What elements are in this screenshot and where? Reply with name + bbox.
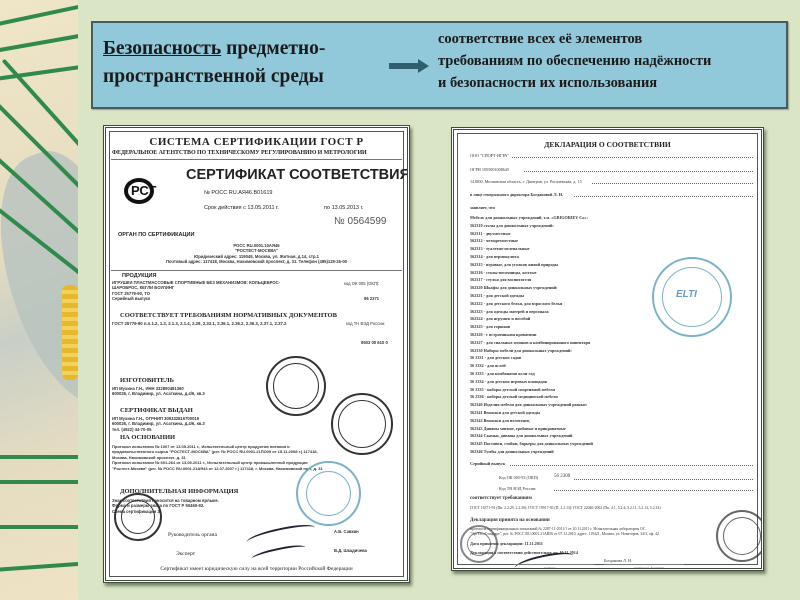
stamp-icon [331,393,393,455]
decl-item: 562317 - стулья для воспитателя [470,276,593,284]
cert-compliance-line: ГОСТ 25779-90 п.п.1.2, 1.3, 2.1.3, 2.1.4… [112,321,286,326]
decl-serial: Серийный выпуск [470,461,505,466]
decl-sign-caption: подпись [544,566,556,571]
decl-ogrn: ОГРН 1055001008645 [470,167,509,172]
decl-signer: Богданова Л. Н. [604,558,632,563]
cert-body-info: РОСС RU.0001.10АЯ46 "РОСТЕСТ-МОСКВА" Юри… [106,243,407,265]
cert-title: СЕРТИФИКАТ СООТВЕТСТВИЯ [186,167,410,183]
decl-item: 562326 - с встроенными кроватями [470,331,593,339]
decl-item: 562325 - для горшков [470,323,593,331]
stamp-icon [114,493,162,541]
declaration-image: ДЕКЛАРАЦИЯ О СООТВЕТСТВИИ ООО "СПОРТ-ИГР… [451,127,764,571]
decl-director: в лице генерального директора Богдановой… [470,192,563,197]
elti-kudits-stamp-icon: ELTI [652,257,732,337]
decl-item: 562340 Изделия мебели для дошкольных учр… [470,401,593,409]
stamp-icon [716,510,764,562]
cert-tnved-value: 9503 00 610 0 [361,340,388,345]
cert-issued-label: СЕРТИФИКАТ ВЫДАН [120,407,193,414]
cert-validity-to: по 13.05.2013 г. [324,205,363,211]
decl-item: 562341 Вешалки для детской одежды [470,409,593,417]
decl-item: 562311 - двухместные [470,230,593,238]
photo-rail [0,455,78,459]
cert-basis-info: Протокол испытания № 1007 от 13.05.2011 … [112,444,323,471]
cert-reg-number: № РОСС RU.АЯ46.В01619 [204,190,272,196]
cert-footer: Сертификат имеет юридическую силу на все… [106,566,407,572]
cert-okp-value: 96 2371 [364,296,379,301]
cert-product-label: ПРОДУКЦИЯ [122,273,156,279]
decl-item: 562323 - для одежды матерей и персонала [470,308,593,316]
cert-basis-label: НА ОСНОВАНИИ [120,434,175,441]
decl-item: 562327 - для спальных мешков и комбиниро… [470,339,593,347]
cert-head-name: А.Б. Савкин [334,529,359,534]
cert-expert-label: Эксперт [176,551,195,557]
decl-item: 562316 - столы-песочницы, желтые [470,269,593,277]
decl-compliance-line: ГОСТ 16371-93 (Пп. 2.2.29, 2.2.30); ГОСТ… [470,506,661,511]
decl-item: 562346 Тумбы для дошкольных учреждений [470,448,593,456]
decl-item: Мебель для дошкольных учреждений, т.м. «… [470,214,593,222]
decl-title: ДЕКЛАРАЦИЯ О СООТВЕТСТВИИ [454,140,761,149]
photo-rail [0,30,78,53]
decl-item: 562322 - для детского белья, для взросло… [470,300,593,308]
decl-item: 562330 Наборы мебели для дошкольных учре… [470,347,593,355]
cert-system-title: СИСТЕМА СЕРТИФИКАЦИИ ГОСТ Р [106,136,407,148]
decl-address: 141800, Московская область, г. Дмитров, … [470,179,582,184]
decl-item: 56 2336 - наборы детской медицинской меб… [470,393,593,401]
term-keyword: Безопасность [103,38,221,59]
term: Безопасность предметно- пространственной… [103,35,363,91]
cert-blank-number: № 0564599 [334,216,386,227]
stamp-icon [266,356,326,416]
decl-item: 562310 столы для дошкольных учреждений: [470,222,593,230]
cert-okp-label: код ОК 005 (ОКП): [344,281,379,286]
decl-item: 56 2334 - для детских игровых площадок [470,378,593,386]
cert-issued-info: ИП Мухина Г.Н., ОГРНИП 309332816700019 6… [112,416,205,432]
rst-logo-icon: РСТ [124,178,154,204]
decl-item: 562344 Скамьи, диваны для дошкольных учр… [470,432,593,440]
decl-name-caption: инициалы, фамилия [634,566,664,571]
cert-agency: ФЕДЕРАЛЬНОЕ АГЕНТСТВО ПО ТЕХНИЧЕСКОМУ РЕ… [112,150,367,156]
cert-manufacturer-label: ИЗГОТОВИТЕЛЬ [120,377,174,384]
decl-item-list: Мебель для дошкольных учреждений, т.м. «… [470,214,593,456]
definition-line: и безопасности их использования [438,72,788,94]
cert-product-info: ИГРУШКИ ПЛАСТМАССОВЫЕ СПОРТИВНЫЕ БЕЗ МЕХ… [112,280,280,302]
stamp-icon [296,461,361,526]
right-arrow-icon [389,59,429,73]
decl-org: ООО "СПОРТ-ИГРА" [470,153,509,158]
photo-rail [0,562,78,572]
cert-validity: Срок действия с 13.05.2011 г. [204,205,279,211]
decl-item: 562312 - четырехместные [470,237,593,245]
photo-rail [0,525,78,529]
definition-box: Безопасность предметно- пространственной… [91,21,788,109]
decl-item: 562343 Диваны мягкие, гробовые и прикров… [470,425,593,433]
decl-item: 562313 - туалетно-пеленальные [470,245,593,253]
decl-tnved-label: Код ТН ВЭД России: [499,486,536,491]
cert-body-label: ОРГАН ПО СЕРТИФИКАЦИИ [118,232,194,238]
cert-tnved-label: код ТН ВЭД России: [346,321,385,326]
decorative-photo-strip [0,0,78,600]
decl-basis-label: Декларация принята на основании [470,518,550,523]
decl-item: 56 2333 - для комбинатов ясли-сад [470,370,593,378]
cert-manufacturer-info: ИП Мухина Г.Н., ИНН 332800481360 600026,… [112,386,205,397]
definition-line: соответствие всех её элементов [438,28,788,50]
decl-compliance-label: соответствует требованиям [470,496,532,501]
decl-okp-label: Код ОК 005-93 (ОКП) [499,475,538,480]
photo-corn-detail [62,285,78,380]
decl-item: 562342 Вешалки для полотенец [470,417,593,425]
decl-item: 562314 - для вермикулита [470,253,593,261]
cert-head-label: Руководитель органа [168,532,217,538]
photo-rail [0,1,78,28]
stamp-icon [460,525,498,563]
certificate-image: СИСТЕМА СЕРТИФИКАЦИИ ГОСТ Р ФЕДЕРАЛЬНОЕ … [103,125,410,583]
decl-item: 56 2332 - для яслей [470,362,593,370]
cert-compliance-label: СООТВЕТСТВУЕТ ТРЕБОВАНИЯМ НОРМАТИВНЫХ ДО… [120,312,337,319]
decl-item: 56 2335 - наборы детской спортивной мебе… [470,386,593,394]
definition-text: соответствие всех её элементов требовани… [438,28,788,94]
decl-basis-info: протокола сертификационных испытаний № 2… [470,527,659,538]
cert-expert-name: В.Д. Шкадичева [334,548,367,553]
photo-rail [0,480,78,484]
term-line2: пространственной среды [103,66,324,87]
decl-item: 562345 Поставки, стойки, барьеры для дош… [470,440,593,448]
decl-okp-value: 56 2300 [554,474,570,479]
decl-item: 562320 Шкафы для дошкольных учреждений: [470,284,593,292]
decl-item: 562321 - для детской одежды [470,292,593,300]
decl-item: 56 2331 - для детских садов [470,354,593,362]
decl-declares: заявляет, что [470,205,495,210]
decl-item: 562324 - для игрушек и пособий [470,315,593,323]
term-rest: предметно- [221,38,325,59]
decl-item: 562315 - игровые, для уголков живой прир… [470,261,593,269]
definition-line: требованиям по обеспечению надёжности [438,50,788,72]
